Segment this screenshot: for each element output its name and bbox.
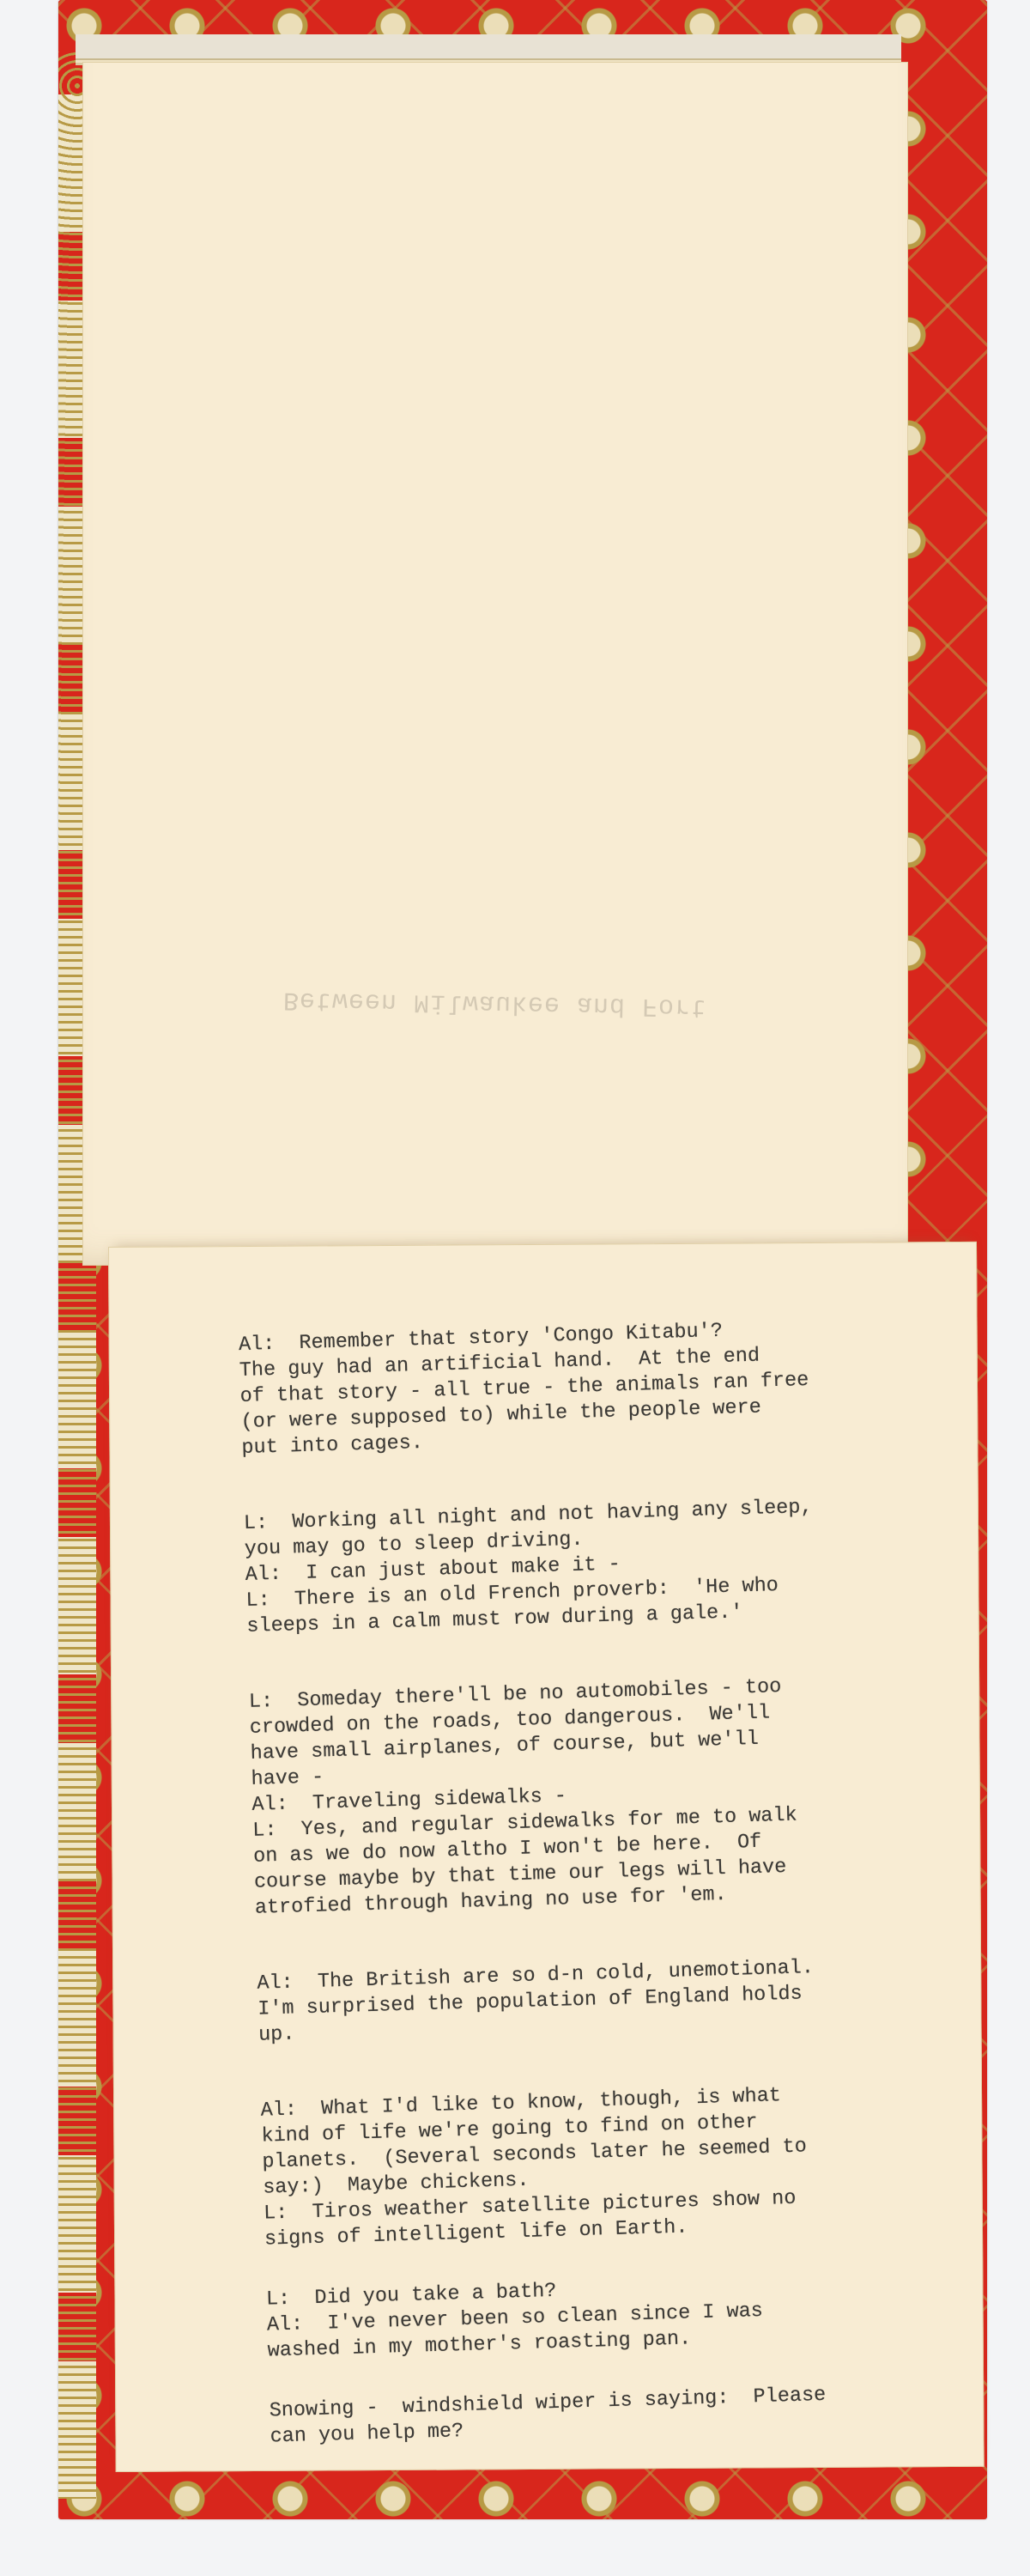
typed-text-block: Al: Remember that story 'Congo Kitabu'?T… [239, 1312, 992, 2485]
lower-page: Al: Remember that story 'Congo Kitabu'?T… [108, 1242, 985, 2472]
dialogue-entry: Al: Remember that story 'Congo Kitabu'?T… [239, 1312, 963, 1461]
page-stack-edges [76, 34, 901, 60]
dialogue-entry: Al: What I'd like to know, though, is wh… [260, 2078, 985, 2253]
dialogue-entry: L: Did you take a bath?Al: I've never be… [266, 2266, 989, 2364]
dialogue-entry: Al: The British are so d-n cold, unemoti… [257, 1951, 979, 2049]
dialogue-entry: L: Someday there'll be no automobiles - … [249, 1669, 976, 1922]
upper-page: Between Milwaukee and Fort [82, 62, 908, 1266]
bleed-through-text: Between Milwaukee and Fort [83, 981, 907, 1025]
dialogue-entry: Snowing - windshield wiper is saying: Pl… [269, 2378, 991, 2450]
dialogue-entry: L: Working all night and not having any … [244, 1491, 968, 1640]
